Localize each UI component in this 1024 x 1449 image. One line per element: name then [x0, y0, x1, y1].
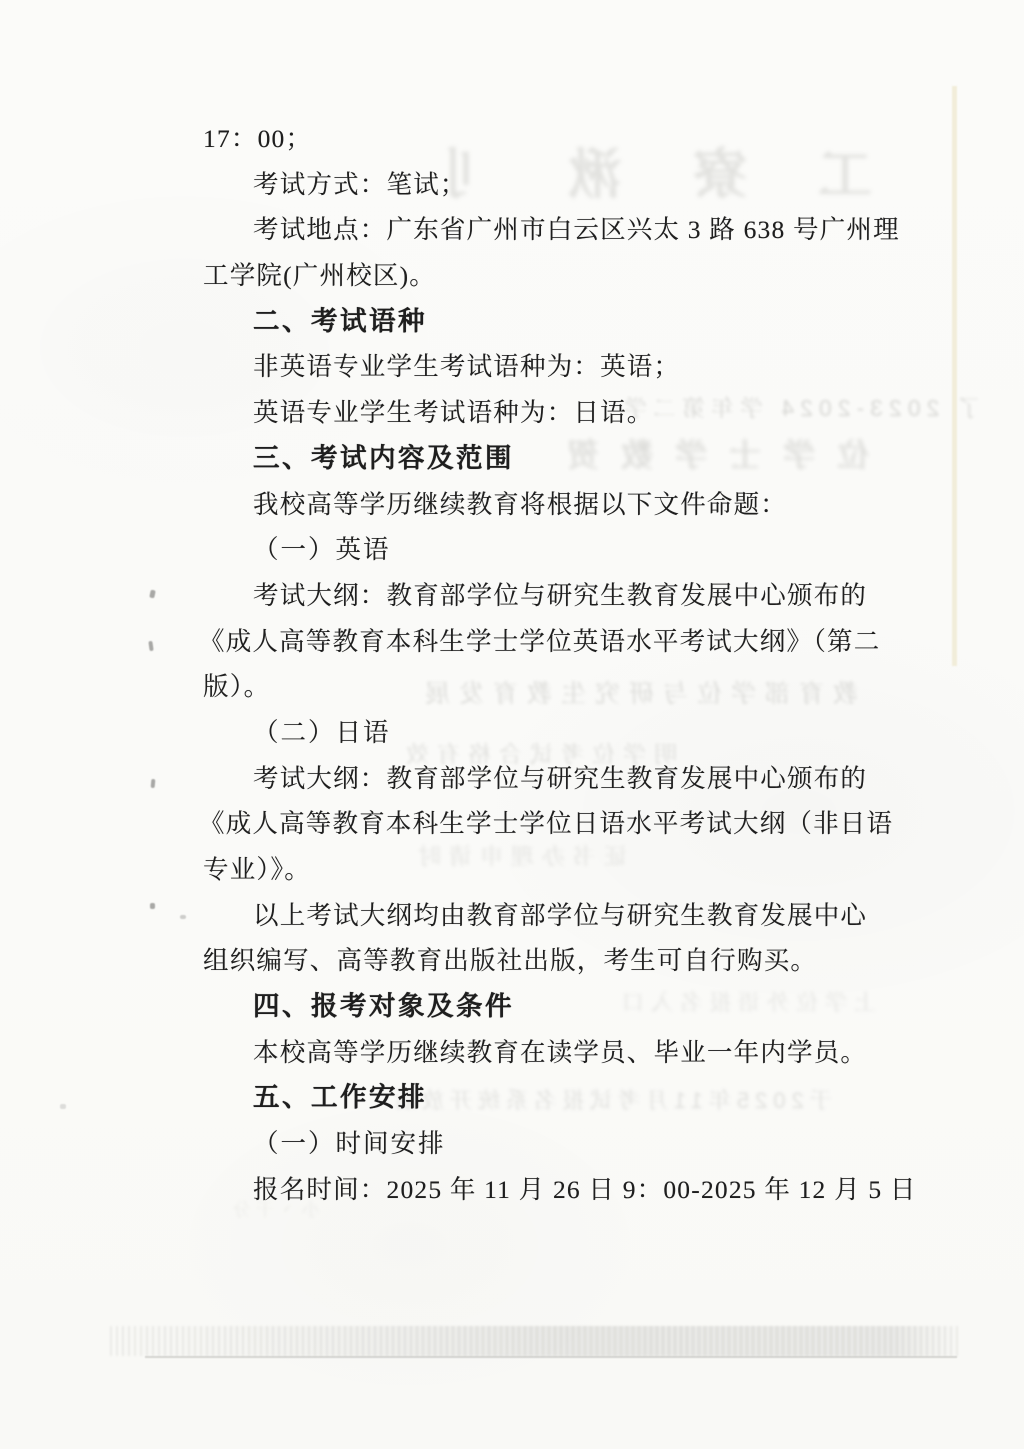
document-line: 版）。	[203, 664, 903, 710]
document-line: 专业）》。	[203, 847, 903, 893]
document-line: 《成人高等教育本科生学士学位日语水平考试大纲（非日语	[199, 801, 903, 847]
page-edge-noise	[110, 1326, 960, 1356]
document-line: 以上考试大纲均由教育部学位与研究生教育发展中心	[203, 893, 903, 939]
document-line: （二）日语	[203, 710, 903, 756]
underlying-page-edge	[145, 1356, 957, 1358]
scan-speck	[149, 590, 156, 599]
scan-speck	[60, 1104, 66, 1109]
document-line: 考试大纲：教育部学位与研究生教育发展中心颁布的	[203, 756, 903, 802]
document-line: 17：00；	[203, 116, 903, 162]
document-line: 四、报考对象及条件	[203, 984, 903, 1030]
document-line: 组织编写、高等教育出版社出版，考生可自行购买。	[203, 938, 903, 984]
document-line: 二、考试语种	[203, 299, 903, 345]
scanned-document-page: 工 寮 湫 刂了 2023-2024 学年第二学位学士学数贺教育部学位与研究生教…	[0, 0, 1024, 1449]
document-body: 17：00；考试方式：笔试；考试地点：广东省广州市白云区兴太 3 路 638 号…	[203, 116, 903, 1213]
document-line: 三、考试内容及范围	[203, 436, 903, 482]
document-line: 我校高等学历继续教育将根据以下文件命题：	[203, 482, 903, 528]
scan-speck	[148, 641, 153, 651]
document-line: 考试大纲：教育部学位与研究生教育发展中心颁布的	[203, 573, 903, 619]
document-line: 考试地点：广东省广州市白云区兴太 3 路 638 号广州理	[203, 207, 903, 253]
document-line: 考试方式：笔试；	[203, 162, 903, 208]
scan-speck	[150, 903, 155, 909]
scan-speck	[151, 779, 156, 788]
document-line: （一）时间安排	[203, 1121, 903, 1167]
document-line: 报名时间：2025 年 11 月 26 日 9：00-2025 年 12 月 5…	[203, 1167, 903, 1213]
document-line: 英语专业学生考试语种为：日语。	[203, 390, 903, 436]
document-line: 本校高等学历继续教育在读学员、毕业一年内学员。	[203, 1030, 903, 1076]
document-line: 《成人高等教育本科生学士学位英语水平考试大纲》（第二	[199, 619, 903, 665]
document-line: 五、工作安排	[203, 1075, 903, 1121]
scan-speck	[180, 915, 186, 919]
document-line: 非英语专业学生考试语种为：英语；	[203, 344, 903, 390]
scan-fold-line	[952, 86, 957, 666]
document-line: 工学院(广州校区)。	[203, 253, 903, 299]
document-line: （一）英语	[203, 527, 903, 573]
